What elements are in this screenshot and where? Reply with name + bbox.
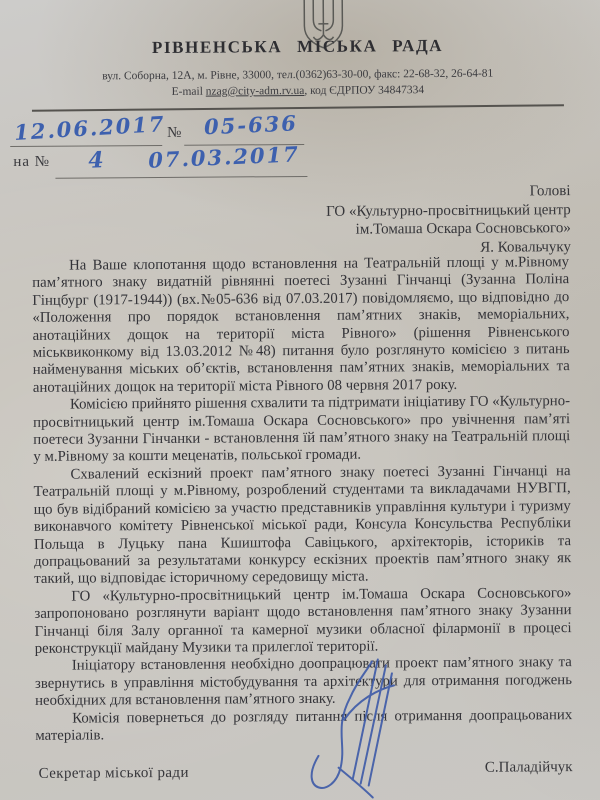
body-paragraph: Комісією прийнято рішення схвалити та пі… [33, 393, 570, 466]
handwritten-signature [280, 657, 426, 800]
contact-line: E-mail nzag@city-adm.rv.ua, код ЄДРПОУ 3… [0, 83, 598, 99]
field-underline [55, 176, 307, 179]
outgoing-date-handwritten: 12.06.2017 [13, 111, 166, 145]
body-paragraph: ГО «Культурно-просвітницький центр ім.То… [34, 585, 571, 658]
scanned-letter-page: РІВНЕНСЬКА МІСЬКА РАДА вул. Соборна, 12А… [0, 0, 600, 800]
edrpou-code: , код ЄДРПОУ 34847334 [304, 84, 424, 97]
field-underline [10, 145, 162, 147]
addressee-line: ГО «Культурно-просвітницький центр [241, 201, 571, 222]
addressee-block: Голові ГО «Культурно-просвітницький цент… [240, 182, 571, 258]
email-label: E-mail [172, 86, 206, 98]
reply-date-handwritten: 07.03.2017 [148, 141, 300, 172]
body-paragraph: Схвалений ескізний проект пам’ятного зна… [33, 463, 571, 589]
email-address: nzag@city-adm.rv.ua [206, 85, 305, 98]
body-paragraph: На Ваше клопотання щодо встановлення на … [32, 254, 570, 397]
reply-number-label: на № [13, 154, 50, 171]
number-label: № [167, 125, 181, 142]
reply-number-handwritten: 4 [88, 147, 106, 174]
signer-name: С.Паладійчук [3, 759, 573, 780]
addressee-line: ім.Томаша Оскара Сосновського» [241, 219, 571, 240]
address-line: вул. Соборна, 12А, м. Рівне, 33000, тел.… [0, 67, 598, 83]
addressee-line: Голові [240, 182, 570, 203]
organization-title: РІВНЕНСЬКА МІСЬКА РАДА [0, 35, 598, 59]
header-divider [32, 104, 564, 112]
outgoing-number-handwritten: 05-636 [204, 110, 299, 139]
